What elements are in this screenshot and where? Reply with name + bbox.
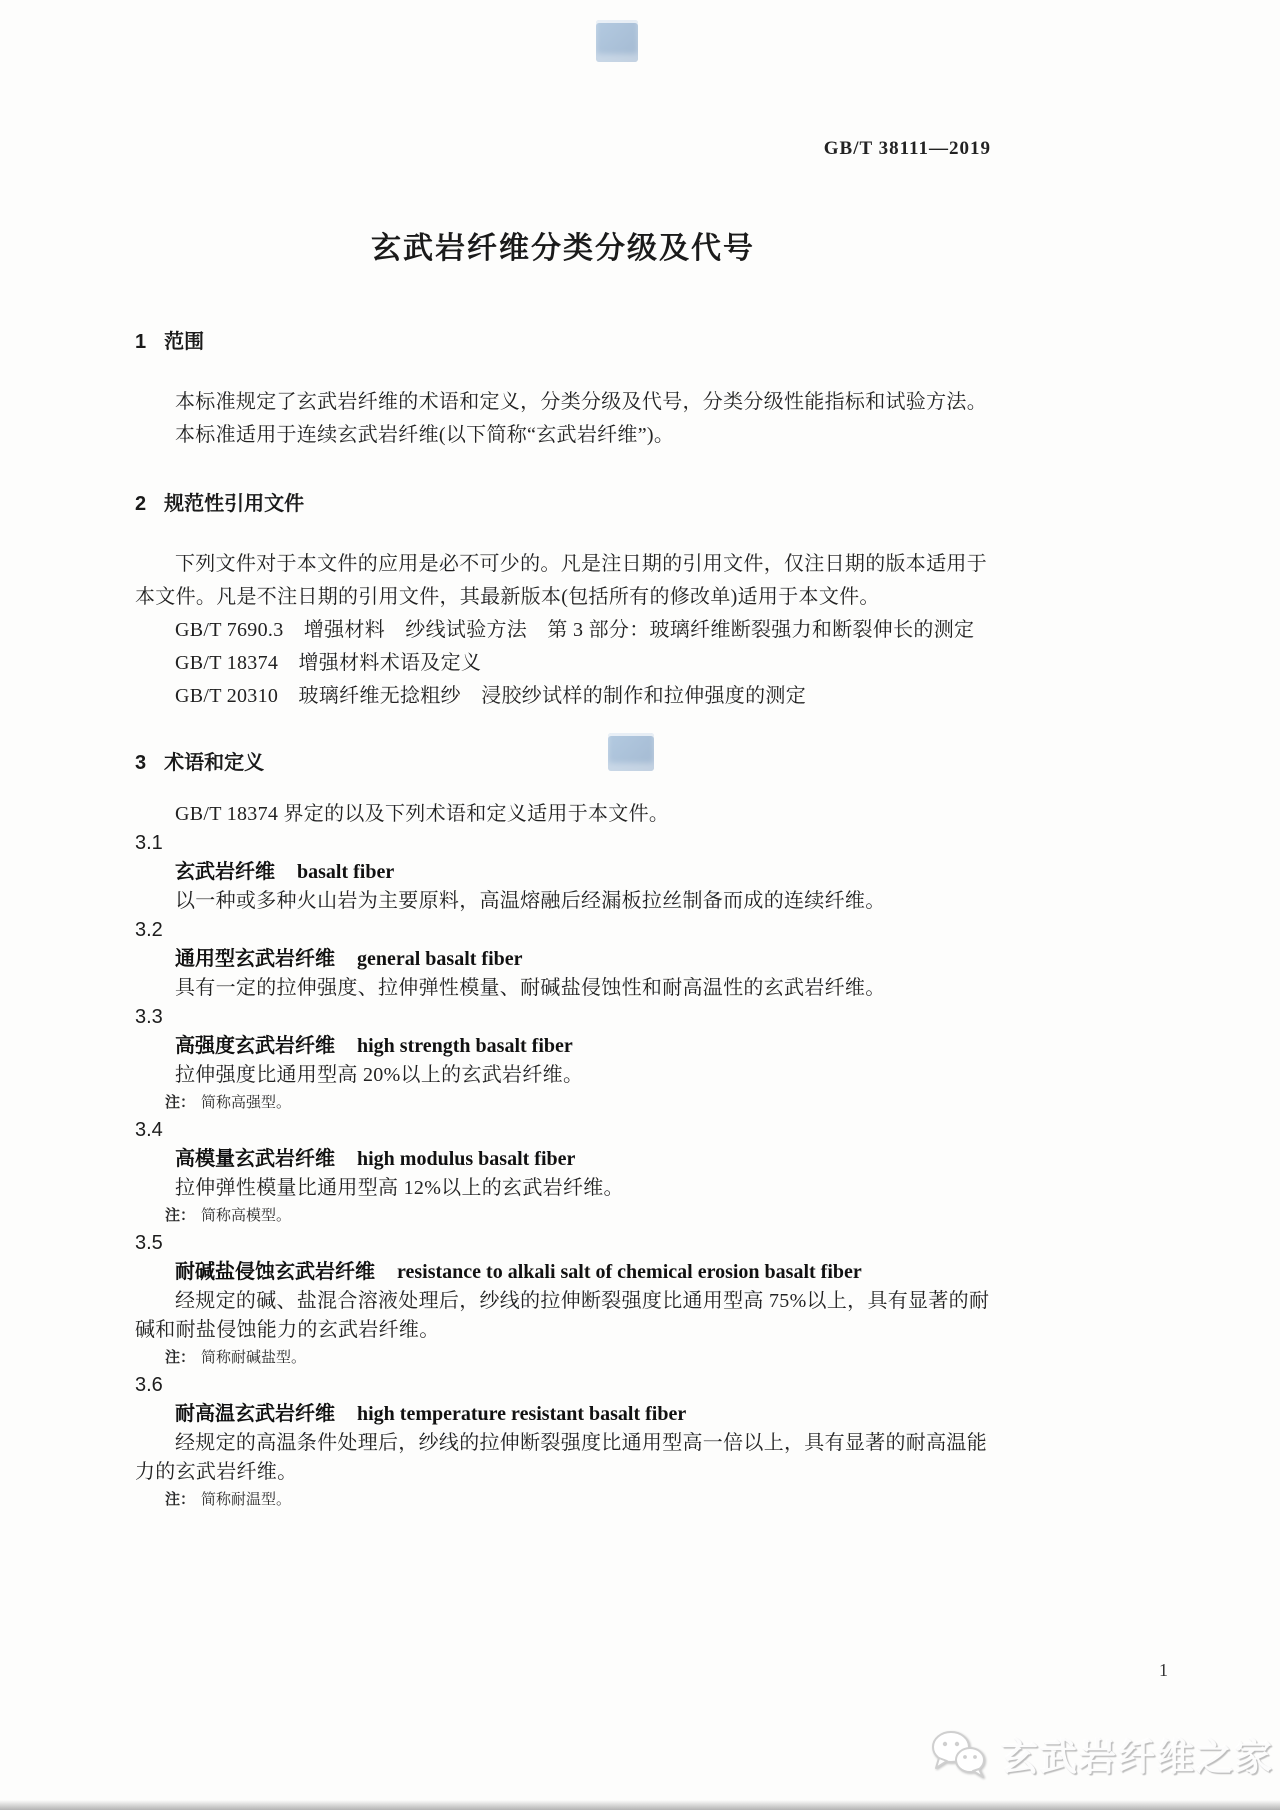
term-number: 3.6 <box>135 1371 991 1400</box>
term-3-5: 3.5 耐碱盐侵蚀玄武岩纤维resistance to alkali salt … <box>135 1229 991 1371</box>
term-3-3: 3.3 高强度玄武岩纤维high strength basalt fiber 拉… <box>135 1003 991 1116</box>
note-text: 简称高模型。 <box>201 1208 291 1224</box>
term-3-4: 3.4 高模量玄武岩纤维high modulus basalt fiber 拉伸… <box>135 1116 991 1229</box>
note-label: 注： <box>165 1350 195 1366</box>
term-definition: 以一种或多种火山岩为主要原料，高温熔融后经漏板拉丝制备而成的连续纤维。 <box>135 887 991 916</box>
document-title: 玄武岩纤维分类分级及代号 <box>135 230 991 268</box>
note-text: 简称高强型。 <box>201 1095 291 1111</box>
term-3-1: 3.1 玄武岩纤维basalt fiber 以一种或多种火山岩为主要原料，高温熔… <box>135 829 991 916</box>
term-name-zh: 耐碱盐侵蚀玄武岩纤维 <box>175 1261 375 1283</box>
term-name-zh: 玄武岩纤维 <box>175 861 275 883</box>
section-number: 1 <box>135 331 146 353</box>
standard-code: GB/T 38111—2019 <box>135 138 991 160</box>
term-definition: 经规定的碱、盐混合溶液处理后，纱线的拉伸断裂强度比通用型高 75%以上，具有显著… <box>135 1287 991 1345</box>
term-heading: 玄武岩纤维basalt fiber <box>175 858 991 887</box>
term-number: 3.2 <box>135 916 991 945</box>
reference-item: GB/T 18374 增强材料术语及定义 <box>135 647 991 680</box>
term-name-zh: 耐高温玄武岩纤维 <box>175 1403 335 1425</box>
term-3-6: 3.6 耐高温玄武岩纤维high temperature resistant b… <box>135 1371 991 1513</box>
document-content: GB/T 38111—2019 玄武岩纤维分类分级及代号 1范围 本标准规定了玄… <box>135 0 991 1513</box>
term-definition: 拉伸强度比通用型高 20%以上的玄武岩纤维。 <box>135 1061 991 1090</box>
term-name-zh: 通用型玄武岩纤维 <box>175 948 335 970</box>
term-name-zh: 高强度玄武岩纤维 <box>175 1035 335 1057</box>
scan-bottom-edge <box>0 1800 1280 1810</box>
section-title: 范围 <box>164 331 204 353</box>
term-number: 3.5 <box>135 1229 991 1258</box>
section-number: 3 <box>135 752 146 774</box>
term-3-2: 3.2 通用型玄武岩纤维general basalt fiber 具有一定的拉伸… <box>135 916 991 1003</box>
term-name-en: high temperature resistant basalt fiber <box>357 1403 686 1425</box>
note-label: 注： <box>165 1492 195 1508</box>
term-definition: 拉伸弹性模量比通用型高 12%以上的玄武岩纤维。 <box>135 1174 991 1203</box>
term-number: 3.1 <box>135 829 991 858</box>
section-heading-terms: 3术语和定义 <box>135 751 991 775</box>
footer-watermark-text: 玄武岩纤维之家 <box>1001 1727 1274 1781</box>
reference-item: GB/T 20310 玻璃纤维无捻粗纱 浸胶纱试样的制作和拉伸强度的测定 <box>135 680 991 713</box>
term-heading: 高模量玄武岩纤维high modulus basalt fiber <box>175 1145 991 1174</box>
term-note: 注：简称耐碱盐型。 <box>165 1345 991 1371</box>
section-title: 规范性引用文件 <box>164 493 304 515</box>
terms-intro: GB/T 18374 界定的以及下列术语和定义适用于本文件。 <box>135 799 991 829</box>
note-label: 注： <box>165 1208 195 1224</box>
term-heading: 耐碱盐侵蚀玄武岩纤维resistance to alkali salt of c… <box>175 1258 991 1287</box>
section-number: 2 <box>135 493 146 515</box>
section-terms-definitions: 3术语和定义 GB/T 18374 界定的以及下列术语和定义适用于本文件。 3.… <box>135 751 991 1513</box>
note-text: 简称耐温型。 <box>201 1492 291 1508</box>
term-note: 注：简称高模型。 <box>165 1203 991 1229</box>
term-heading: 高强度玄武岩纤维high strength basalt fiber <box>175 1032 991 1061</box>
note-label: 注： <box>165 1095 195 1111</box>
term-name-en: high modulus basalt fiber <box>357 1148 575 1170</box>
section-scope: 1范围 本标准规定了玄武岩纤维的术语和定义，分类分级及代号，分类分级性能指标和试… <box>135 330 991 452</box>
term-note: 注：简称耐温型。 <box>165 1487 991 1513</box>
term-heading: 通用型玄武岩纤维general basalt fiber <box>175 945 991 974</box>
note-text: 简称耐碱盐型。 <box>201 1350 306 1366</box>
scope-paragraph-2: 本标准适用于连续玄武岩纤维(以下简称“玄武岩纤维”)。 <box>135 419 991 452</box>
references-paragraph: 下列文件对于本文件的应用是必不可少的。凡是注日期的引用文件，仅注日期的版本适用于… <box>135 548 991 614</box>
wechat-icon <box>929 1727 991 1781</box>
term-name-en: high strength basalt fiber <box>357 1035 573 1057</box>
term-name-en: general basalt fiber <box>357 948 523 970</box>
term-number: 3.3 <box>135 1003 991 1032</box>
footer-watermark: 玄武岩纤维之家 <box>929 1727 1274 1781</box>
scope-paragraph-1: 本标准规定了玄武岩纤维的术语和定义，分类分级及代号，分类分级性能指标和试验方法。 <box>135 386 991 419</box>
section-heading-references: 2规范性引用文件 <box>135 492 991 516</box>
term-number: 3.4 <box>135 1116 991 1145</box>
term-name-en: resistance to alkali salt of chemical er… <box>397 1261 862 1283</box>
section-normative-references: 2规范性引用文件 下列文件对于本文件的应用是必不可少的。凡是注日期的引用文件，仅… <box>135 492 991 713</box>
page-number: 1 <box>1159 1660 1168 1681</box>
term-name-zh: 高模量玄武岩纤维 <box>175 1148 335 1170</box>
reference-item: GB/T 7690.3 增强材料 纱线试验方法 第 3 部分：玻璃纤维断裂强力和… <box>135 614 991 647</box>
section-heading-scope: 1范围 <box>135 330 991 354</box>
term-definition: 具有一定的拉伸强度、拉伸弹性模量、耐碱盐侵蚀性和耐高温性的玄武岩纤维。 <box>135 974 991 1003</box>
term-note: 注：简称高强型。 <box>165 1090 991 1116</box>
term-name-en: basalt fiber <box>297 861 394 883</box>
section-title: 术语和定义 <box>164 752 264 774</box>
term-definition: 经规定的高温条件处理后，纱线的拉伸断裂强度比通用型高一倍以上，具有显著的耐高温能… <box>135 1429 991 1487</box>
term-heading: 耐高温玄武岩纤维high temperature resistant basal… <box>175 1400 991 1429</box>
document-page: GB/T 38111—2019 玄武岩纤维分类分级及代号 1范围 本标准规定了玄… <box>0 0 1280 1810</box>
